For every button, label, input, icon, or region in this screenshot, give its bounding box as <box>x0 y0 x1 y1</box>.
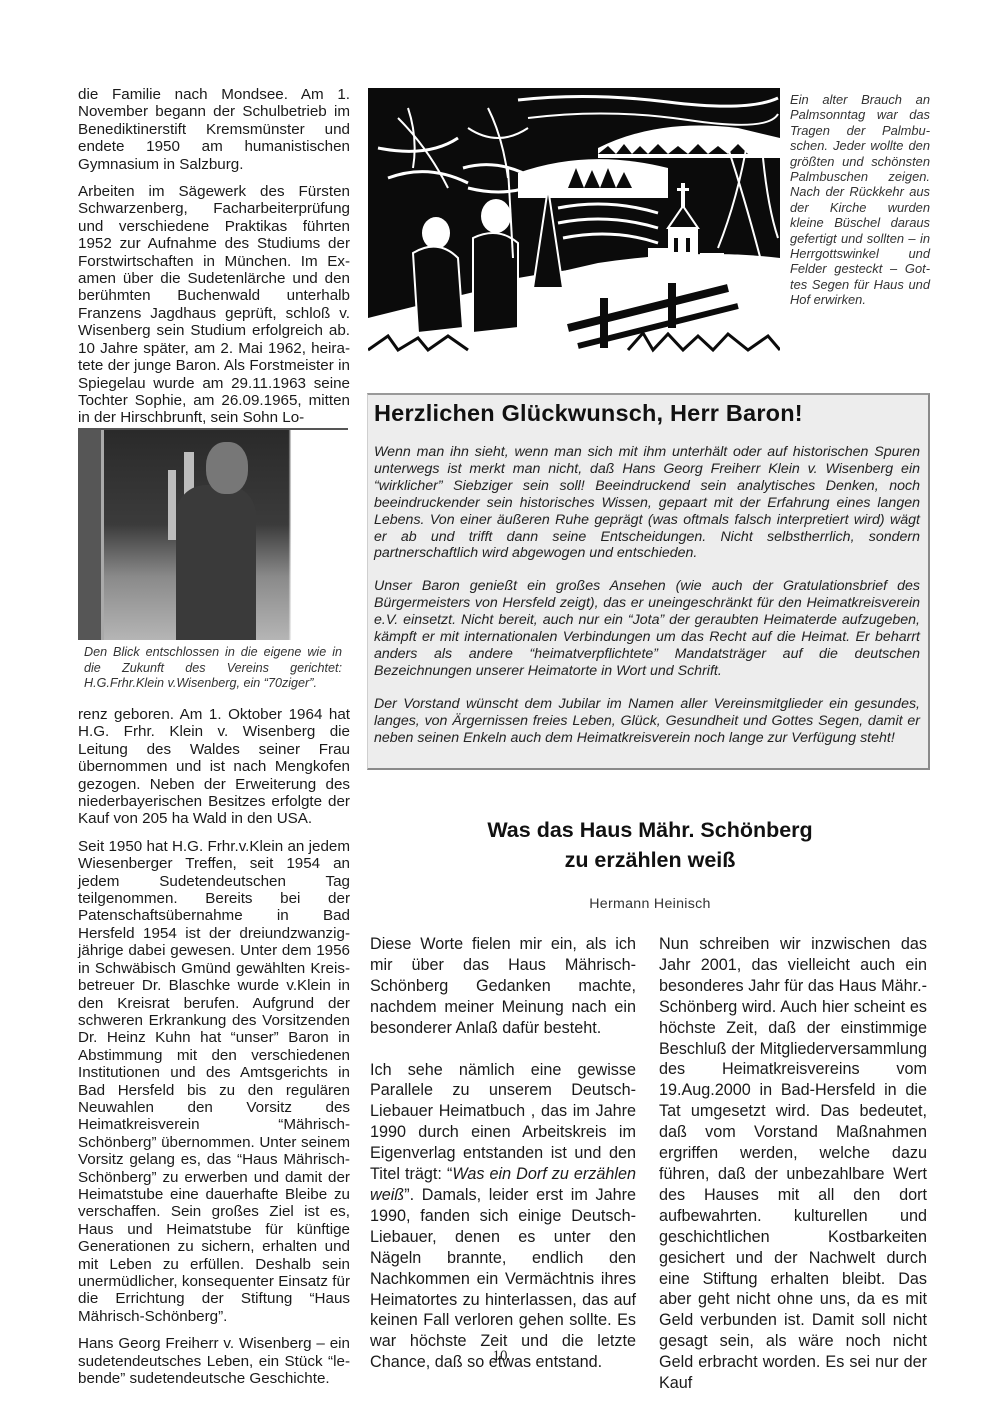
woodcut-caption: Ein alter Brauch an Palmsonntag war das … <box>790 92 930 308</box>
greeting-paragraph: Unser Baron genießt ein großes Ansehen (… <box>374 578 920 679</box>
page-number: 10 <box>0 1348 1000 1365</box>
biography-paragraph: renz geboren. Am 1. Oktober 1964 hat H.G… <box>78 706 350 828</box>
photo-head <box>206 442 248 494</box>
greeting-box: Herzlichen Glückwunsch, Herr Baron! Wenn… <box>367 393 930 770</box>
article-title-line: zu erzählen weiß <box>565 848 736 872</box>
article-paragraph: Ich sehe nämlich eine gewisse Parallele … <box>370 1060 636 1374</box>
article-text: ”. Damals, leider erst im Jahre 1990, fa… <box>370 1186 636 1371</box>
article-column-right: Nun schreiben wir inzwischen das Jahr 20… <box>659 934 927 1394</box>
biography-paragraph: die Familie nach Mondsee. Am 1. Novem­be… <box>78 86 350 173</box>
article-paragraph: Nun schreiben wir inzwischen das Jahr 20… <box>659 934 927 1394</box>
biography-paragraph: Seit 1950 hat H.G. Frhr.v.Klein an jedem… <box>78 838 350 1325</box>
article-column-middle: Diese Worte fielen mir ein, als ich mir … <box>370 934 636 1373</box>
woodcut-illustration <box>368 88 780 363</box>
article-title: Was das Haus Mähr. Schönberg zu erzählen… <box>360 815 940 875</box>
photo-wall <box>78 430 104 640</box>
greeting-title: Herzlichen Glückwunsch, Herr Baron! <box>374 400 920 427</box>
article-title-line: Was das Haus Mähr. Schönberg <box>487 818 812 842</box>
palm-sunday-woodcut <box>368 88 780 363</box>
article-author: Hermann Heinisch <box>360 896 940 912</box>
photo-caption: Den Blick entschlossen in die eigene wie… <box>84 645 342 692</box>
article-paragraph: Diese Worte fielen mir ein, als ich mir … <box>370 934 636 1039</box>
biography-paragraph: Arbeiten im Sägewerk des Fürsten Schwarz… <box>78 183 350 427</box>
biography-column-top: die Familie nach Mondsee. Am 1. Novem­be… <box>78 86 350 427</box>
greeting-paragraph: Der Vorstand wünscht dem Jubilar im Name… <box>374 696 920 747</box>
photo-figure <box>176 485 256 640</box>
greeting-paragraph: Wenn man ihn sieht, wenn man sich mit ih… <box>374 444 920 562</box>
photo-window <box>168 470 176 540</box>
biography-column-bottom: renz geboren. Am 1. Oktober 1964 hat H.G… <box>78 706 350 1387</box>
portrait-photo <box>78 428 348 640</box>
